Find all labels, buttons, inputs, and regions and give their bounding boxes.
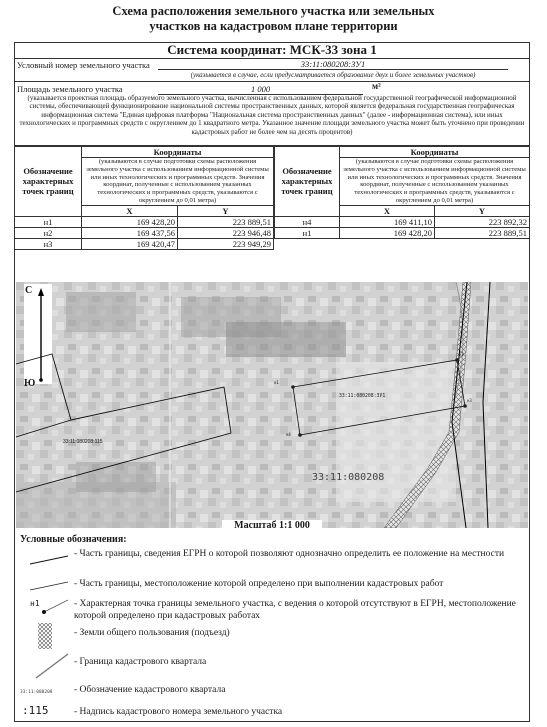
parcel-map-label: 33:11:080208:ЗУ1: [339, 394, 385, 399]
col-x-header: X: [82, 205, 178, 216]
point-x: 169 428,20: [82, 216, 178, 227]
title-line-2: участков на кадастровом плане территории: [0, 19, 547, 34]
point-id: н1: [15, 216, 82, 227]
legend-item: - Надпись кадастрового номера земельного…: [74, 706, 524, 718]
quarter-label-icon: 33:11:080208: [20, 690, 53, 695]
point-id: н1: [275, 227, 340, 238]
quarter-boundary-icon: [34, 652, 70, 680]
table-row: н3 169 420,47 223 949,29: [15, 238, 274, 249]
map-point-label: н1: [274, 380, 279, 385]
legend-item: - Земли общего пользования (подъезд): [74, 627, 524, 639]
col-y-header: Y: [177, 205, 273, 216]
col-point-header: Обозначение характерных точек границ: [275, 147, 340, 217]
point-id: н2: [15, 227, 82, 238]
hatch-icon: [38, 623, 52, 649]
point-id: н4: [275, 216, 340, 227]
point-y: 223 892,32: [434, 216, 529, 227]
coordinate-system-heading: Система координат: МСК-33 зона 1: [14, 42, 530, 59]
title-line-1: Схема расположения земельного участка ил…: [0, 4, 547, 19]
legend-item: - Граница кадастрового квартала: [74, 656, 524, 668]
col-coords-header: Координаты: [340, 147, 530, 158]
col-x-header: X: [340, 205, 435, 216]
point-x: 169 420,47: [82, 238, 178, 249]
col-y-header: Y: [434, 205, 529, 216]
point-y: 223 949,29: [177, 238, 273, 249]
point-marker-label: н1: [30, 599, 40, 608]
divider: [14, 81, 530, 82]
parcel-area-label: Площадь земельного участка: [17, 84, 123, 94]
legend-item: - Часть границы, местоположение которой …: [74, 578, 524, 590]
point-id: н3: [15, 238, 82, 249]
legend-item: - Характерная точка границы земельного у…: [74, 598, 524, 622]
quarter-label: 33:11:080208: [312, 472, 384, 483]
map-point-label: н3: [467, 398, 472, 403]
map-point-label: н4: [286, 432, 291, 437]
map-drawing: [16, 282, 528, 528]
point-y: 223 889,51: [177, 216, 273, 227]
point-x: 169 411,10: [340, 216, 435, 227]
points-table-left: Обозначение характерных точек границ Коо…: [14, 146, 274, 250]
cadastral-map: н1 н2 н3 н4 С Ю 33:11:080208:ЗУ1 33:11:0…: [16, 282, 528, 528]
map-scale: Масштаб 1:1 000: [222, 520, 322, 532]
col-point-header: Обозначение характерных точек границ: [15, 147, 82, 217]
points-table-right: Обозначение характерных точек границ Коо…: [274, 146, 530, 239]
coords-note: (указываются в случае подготовки схемы р…: [82, 158, 274, 206]
parcel-area-unit: м²: [372, 81, 381, 91]
point-x: 169 437,56: [82, 227, 178, 238]
legend-title: Условные обозначения:: [20, 534, 127, 546]
parcel-area-note: (указывается проектная площадь образуемо…: [16, 94, 528, 136]
map-point-label: н2: [459, 352, 464, 357]
parcel-number-icon: :115: [22, 704, 49, 717]
neighbor-parcel-label: 33:11:080208:115: [63, 439, 103, 445]
point-y: 223 889,51: [434, 227, 529, 238]
parcel-number-label: Условный номер земельного участка: [17, 60, 150, 70]
legend-item: - Обозначение кадастрового квартала: [74, 684, 524, 696]
parcel-number-value: 33:11:080208:ЗУ1: [158, 59, 508, 70]
solid-line-icon: [28, 552, 70, 566]
north-label: С: [25, 285, 32, 296]
document-title: Схема расположения земельного участка ил…: [0, 4, 547, 34]
table-row: н2 169 437,56 223 946,48: [15, 227, 274, 238]
table-row: н1 169 428,20 223 889,51: [15, 216, 274, 227]
legend-item: - Часть границы, сведения ЕГРН о которой…: [74, 548, 524, 560]
col-coords-header: Координаты: [82, 147, 274, 158]
coords-note: (указываются в случае подготовки схемы р…: [340, 158, 530, 206]
point-x: 169 428,20: [340, 227, 435, 238]
parcel-number-hint: (указывается в случае, если предусматрив…: [158, 71, 508, 80]
table-row: н4 169 411,10 223 892,32: [275, 216, 530, 227]
thin-line-icon: [28, 578, 70, 592]
table-row: н1 169 428,20 223 889,51: [275, 227, 530, 238]
point-y: 223 946,48: [177, 227, 273, 238]
south-label: Ю: [24, 378, 35, 389]
